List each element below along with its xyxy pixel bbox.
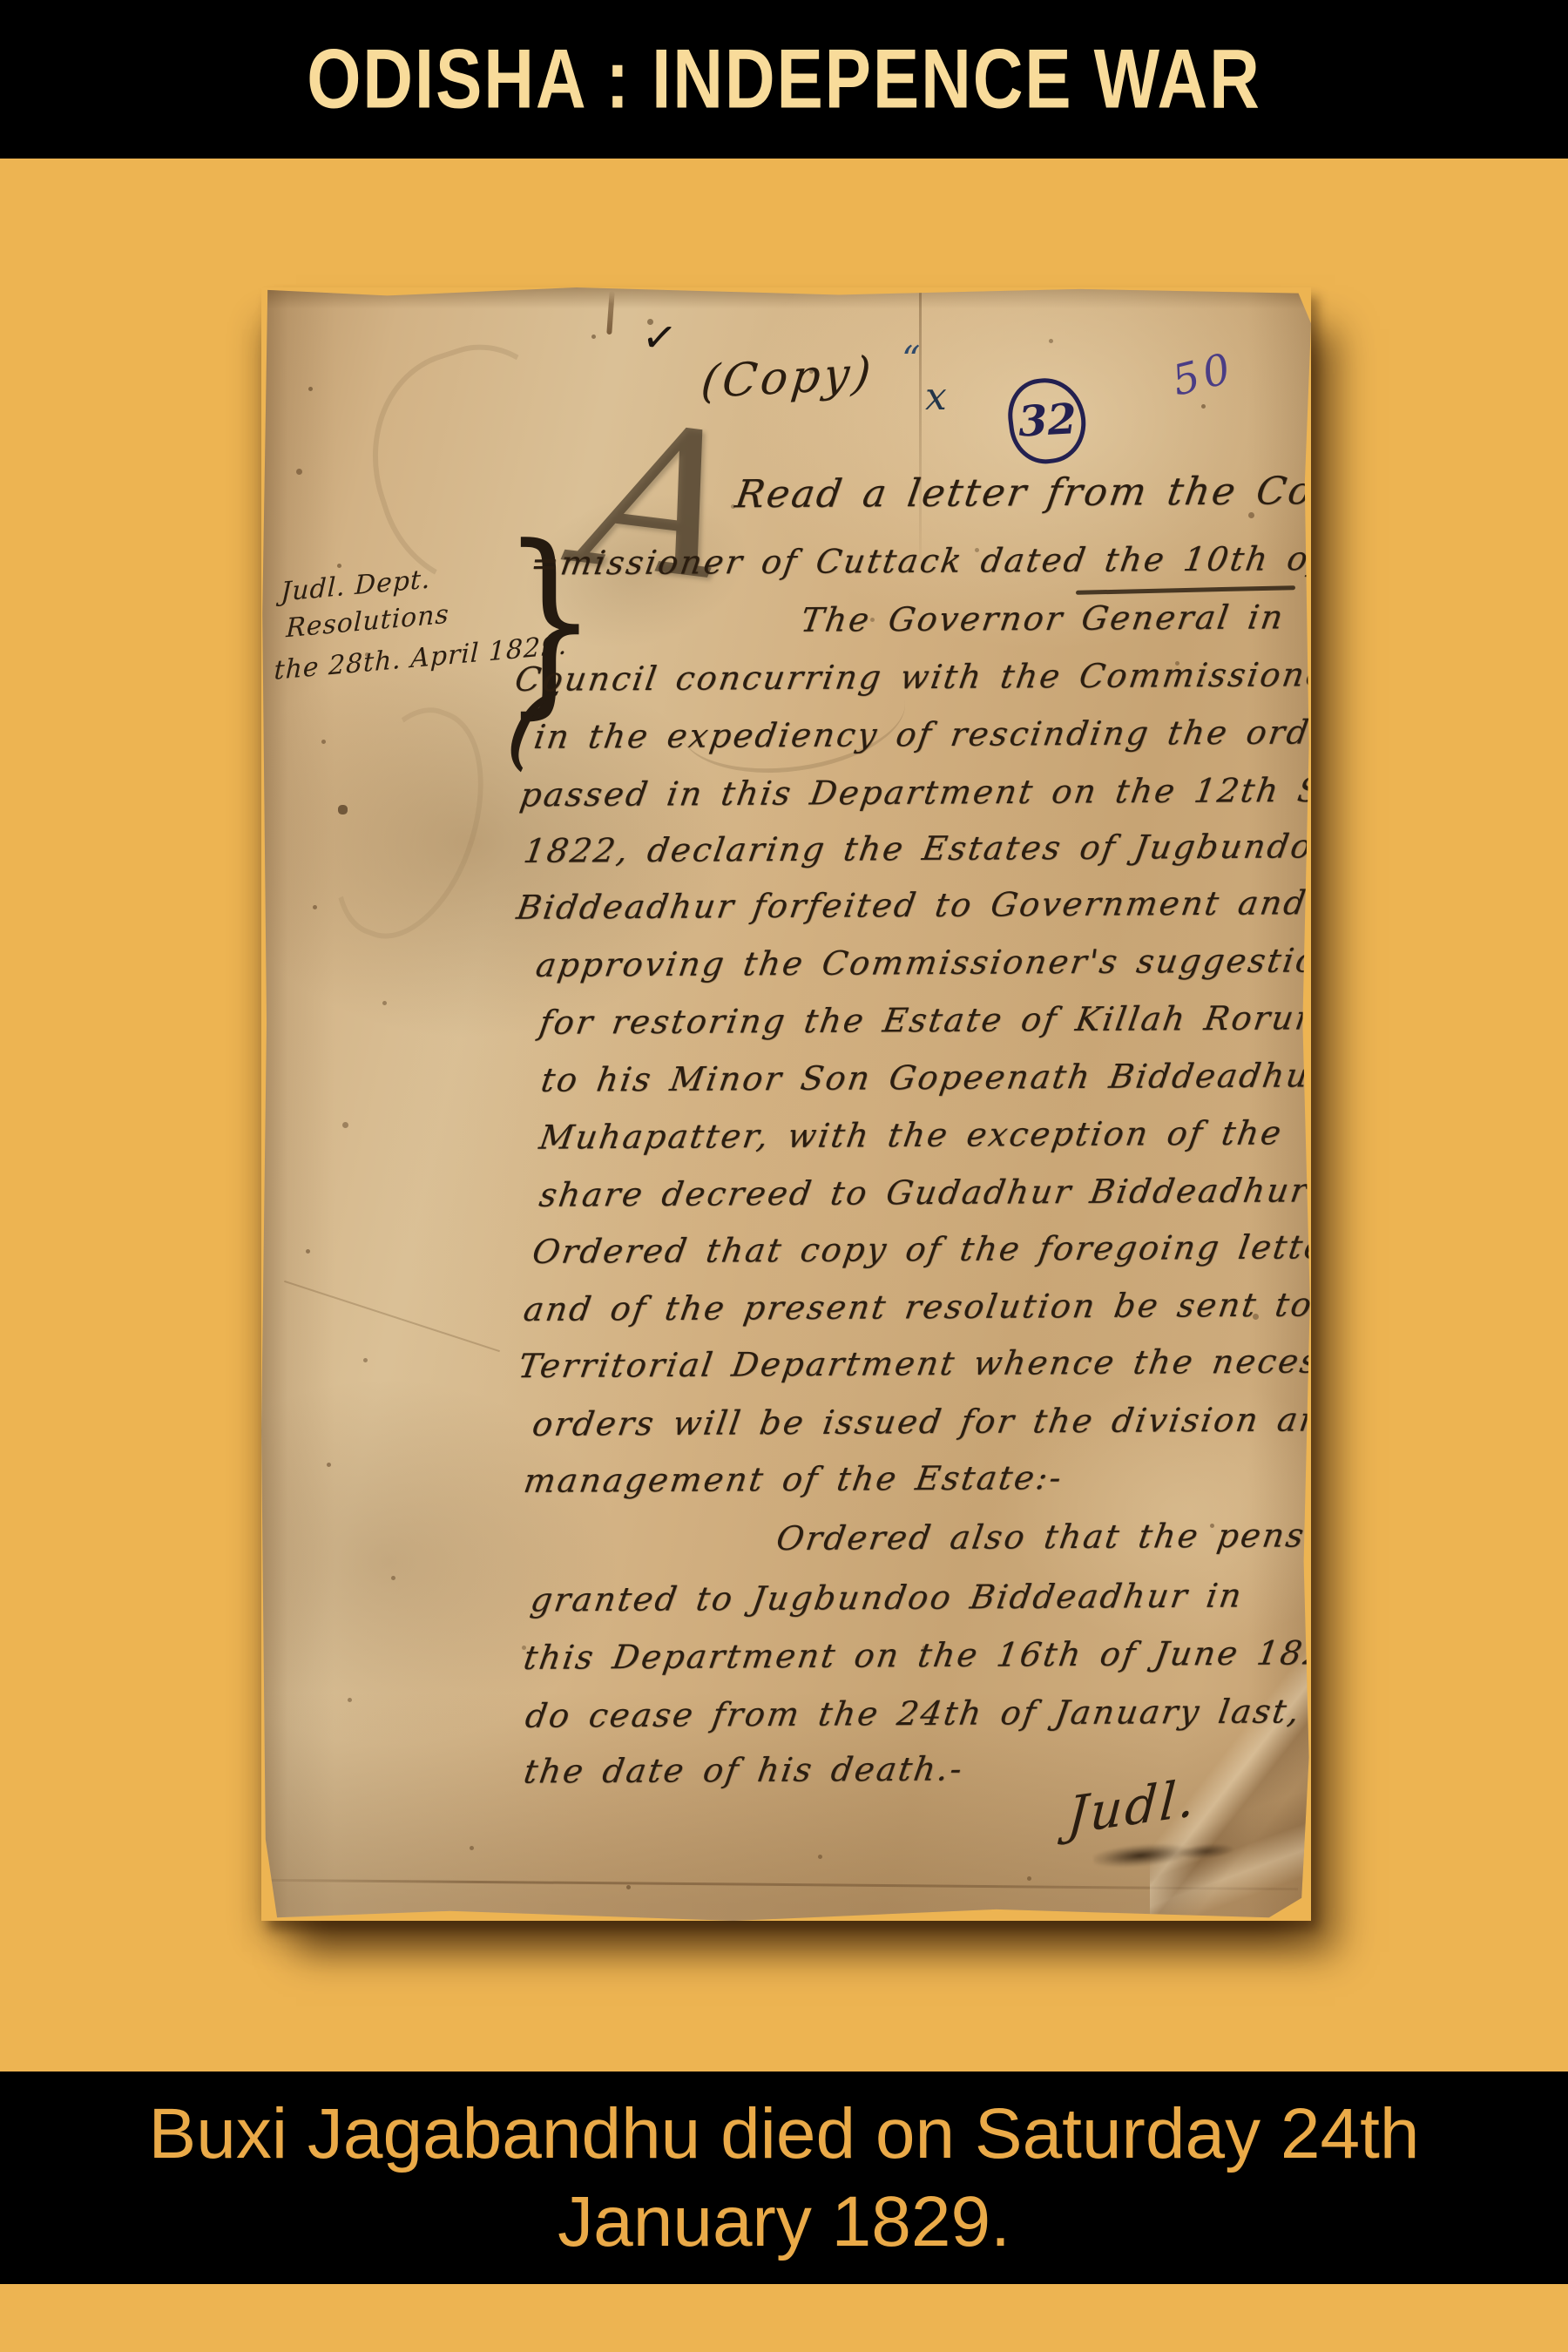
handwritten-line: 1822, declaring the Estates of Jugbundoo bbox=[521, 827, 1311, 870]
handwritten-line: granted to Jugbundoo Biddeadhur in bbox=[528, 1577, 1246, 1619]
handwritten-line: the date of his death.- bbox=[521, 1749, 966, 1790]
ink-speckles bbox=[261, 287, 264, 290]
footer-bar: Buxi Jagabandhu died on Saturday 24th Ja… bbox=[0, 2072, 1568, 2284]
manuscript-paper: ✓ (Copy) “ x 32 50 A Judl. Dept. Resolut… bbox=[261, 287, 1311, 1921]
fold-crease-horizontal bbox=[270, 1879, 1298, 1890]
handwritten-line: share decreed to Gudadhur Biddeadhur- bbox=[537, 1171, 1311, 1213]
document-photo: ✓ (Copy) “ x 32 50 A Judl. Dept. Resolut… bbox=[261, 287, 1311, 1921]
handwritten-line: approving the Commissioner's suggestion bbox=[533, 941, 1311, 984]
poster: ODISHA : INDEPENCE WAR ✓ (Copy) “ x 32 5… bbox=[0, 0, 1568, 2352]
handwritten-line: to his Minor Son Gopeenath Biddeadhur bbox=[538, 1056, 1311, 1099]
check-mark: ✓ bbox=[639, 312, 680, 364]
handwritten-line: and of the present resolution be sent to… bbox=[521, 1285, 1311, 1328]
fold-crease-diagonal bbox=[284, 1281, 500, 1352]
handwritten-line: in the expediency of rescinding the orde… bbox=[531, 713, 1311, 756]
handwritten-line: for restoring the Estate of Killah Rorun… bbox=[537, 998, 1311, 1042]
caption-line-1: Buxi Jagabandhu died on Saturday 24th bbox=[149, 2090, 1420, 2178]
handwritten-line: do cease from the 24th of January last, bbox=[523, 1692, 1303, 1734]
quote-mark: “ bbox=[902, 338, 920, 381]
poster-title: ODISHA : INDEPENCE WAR bbox=[307, 31, 1261, 128]
handwritten-line: Ordered that copy of the foregoing lette… bbox=[530, 1227, 1311, 1271]
caption-line-2: January 1829. bbox=[558, 2178, 1010, 2266]
handwritten-line: Ordered also that the pension bbox=[774, 1516, 1311, 1558]
bleedthrough-mark bbox=[308, 690, 513, 958]
handwritten-line: passed in this Department on the 12th Se… bbox=[517, 770, 1311, 814]
margin-note-line: Resolutions bbox=[286, 599, 450, 645]
handwritten-line: The Governor General in bbox=[798, 598, 1288, 639]
handwritten-line: Biddeadhur forfeited to Government and bbox=[514, 883, 1310, 927]
ink-drip bbox=[606, 291, 614, 335]
handwritten-line: Council concurring with the Commissioner bbox=[512, 655, 1311, 699]
handwritten-line: management of the Estate:- bbox=[521, 1458, 1065, 1500]
ink-underline bbox=[1076, 585, 1295, 595]
margin-note-line: Judl. Dept. bbox=[280, 564, 431, 607]
corner-number: 50 bbox=[1167, 343, 1240, 406]
fold-crease-vertical bbox=[919, 287, 922, 562]
handwritten-line: =missioner of Cuttack dated the 10th of … bbox=[528, 537, 1311, 582]
handwritten-line: Muhapatter, with the exception of the bbox=[537, 1113, 1286, 1156]
circled-number: 32 bbox=[1004, 374, 1090, 468]
handwritten-line: Territorial Department whence the necess… bbox=[516, 1342, 1311, 1385]
circled-number-value: 32 bbox=[1017, 395, 1078, 446]
header-bar: ODISHA : INDEPENCE WAR bbox=[0, 0, 1568, 159]
handwritten-line: Read a letter from the Com= bbox=[733, 469, 1311, 517]
handwritten-line: orders will be issued for the division a… bbox=[530, 1400, 1311, 1443]
handwritten-line: this Department on the 16th of June 1825 bbox=[521, 1633, 1311, 1677]
x-mark: x bbox=[925, 375, 947, 419]
